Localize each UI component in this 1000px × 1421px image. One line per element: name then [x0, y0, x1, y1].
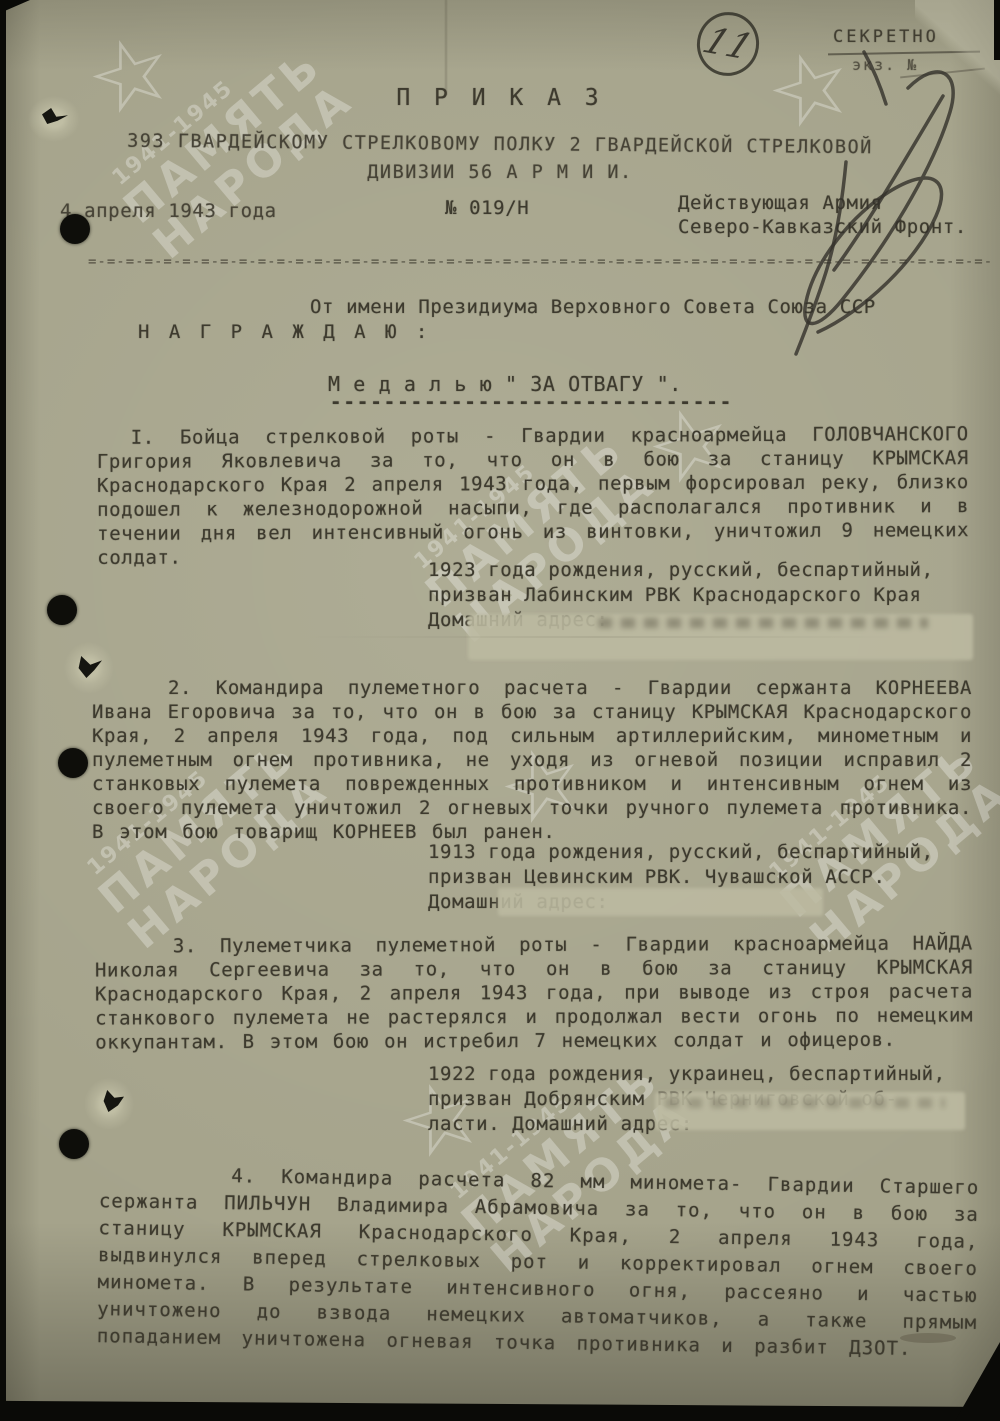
copy-number-line: экз. №	[852, 56, 918, 74]
tear-mark	[76, 656, 102, 678]
award-entry-4: 4. Командира расчета 82 мм миномета- Гва…	[97, 1161, 980, 1364]
scan-edge	[0, 1390, 1000, 1421]
award-entry-2: 2. Командира пулеметного расчета - Гвард…	[92, 676, 972, 844]
scan-edge	[994, 0, 1000, 60]
hole-punch	[58, 748, 88, 778]
entry-1-details-line: 1923 года рождения, русский, беспартийны…	[428, 558, 934, 583]
page-number: 11	[697, 21, 759, 68]
dashed-separator: =-=-=-=-=-=-=-=-=-=-=-=-=-=-=-=-=-=-=-=-…	[88, 250, 993, 275]
paper-tear	[64, 642, 114, 694]
order-subtitle-regiment: 393 ГВАРДЕЙСКОМУ СТРЕЛКОВОМУ ПОЛКУ 2 ГВА…	[0, 128, 1000, 162]
front-line: Северо-Кавказский Фронт.	[678, 215, 967, 240]
order-number: № 019/Н	[445, 196, 529, 221]
order-date: 4 апреля 1943 года	[60, 199, 277, 224]
order-title: П Р И К А З	[0, 86, 1000, 111]
acting-army-line: Действующая Армия	[678, 191, 883, 216]
tear-mark	[100, 1090, 124, 1112]
page-number-circle: 11	[689, 5, 766, 84]
entry-1-details-line: призван Лабинским РВК Краснодарского Кра…	[428, 583, 922, 608]
paper-tear	[28, 96, 80, 142]
medal-line-underline: ----------------------------------------…	[330, 390, 730, 415]
paper-fold	[915, 0, 1000, 115]
erased-text-smear	[598, 618, 928, 628]
crease-line	[444, 0, 448, 95]
redacted-address	[655, 1092, 965, 1130]
hole-punch	[60, 214, 90, 244]
preamble-award: Н А Г Р А Ж Д А Ю :	[138, 320, 431, 345]
entry-3-details-line: 1922 года рождения, украинец, беспартийн…	[428, 1062, 946, 1087]
award-entry-3: 3. Пулеметчика пулеметной роты - Гвардии…	[95, 931, 973, 1054]
tear-mark	[42, 108, 68, 124]
redacted-address	[498, 888, 823, 916]
paper-tear	[84, 1078, 134, 1130]
hole-punch	[47, 595, 77, 625]
order-subtitle-division: ДИВИЗИИ 56 А Р М И И.	[0, 160, 1000, 185]
entry-2-details-line: 1913 года рождения, русский, беспартийны…	[428, 840, 934, 865]
watermark-star-icon: ☆	[75, 17, 185, 134]
award-entry-1: I. Бойца стрелковой роты - Гвардии красн…	[97, 422, 970, 570]
crease-line	[300, 636, 900, 638]
scan-edge	[0, 0, 30, 13]
entry-2-details-line: призван Цевинским РВК. Чувашской АССР.	[428, 865, 885, 890]
scanned-order-document: ☆ ☆ ☆ ☆ ☆ 1941-1945 ПАМЯТЬ НАРОДА 1941-1…	[0, 0, 1000, 1421]
hole-punch	[59, 1129, 89, 1159]
erased-text-smear	[665, 1098, 945, 1108]
entry-3-details-line: ласти. Домашний адрес:	[428, 1112, 693, 1137]
scan-edge	[0, 0, 6, 1421]
preamble-presidium: От имени Президиума Верховного Совета Со…	[310, 295, 876, 320]
